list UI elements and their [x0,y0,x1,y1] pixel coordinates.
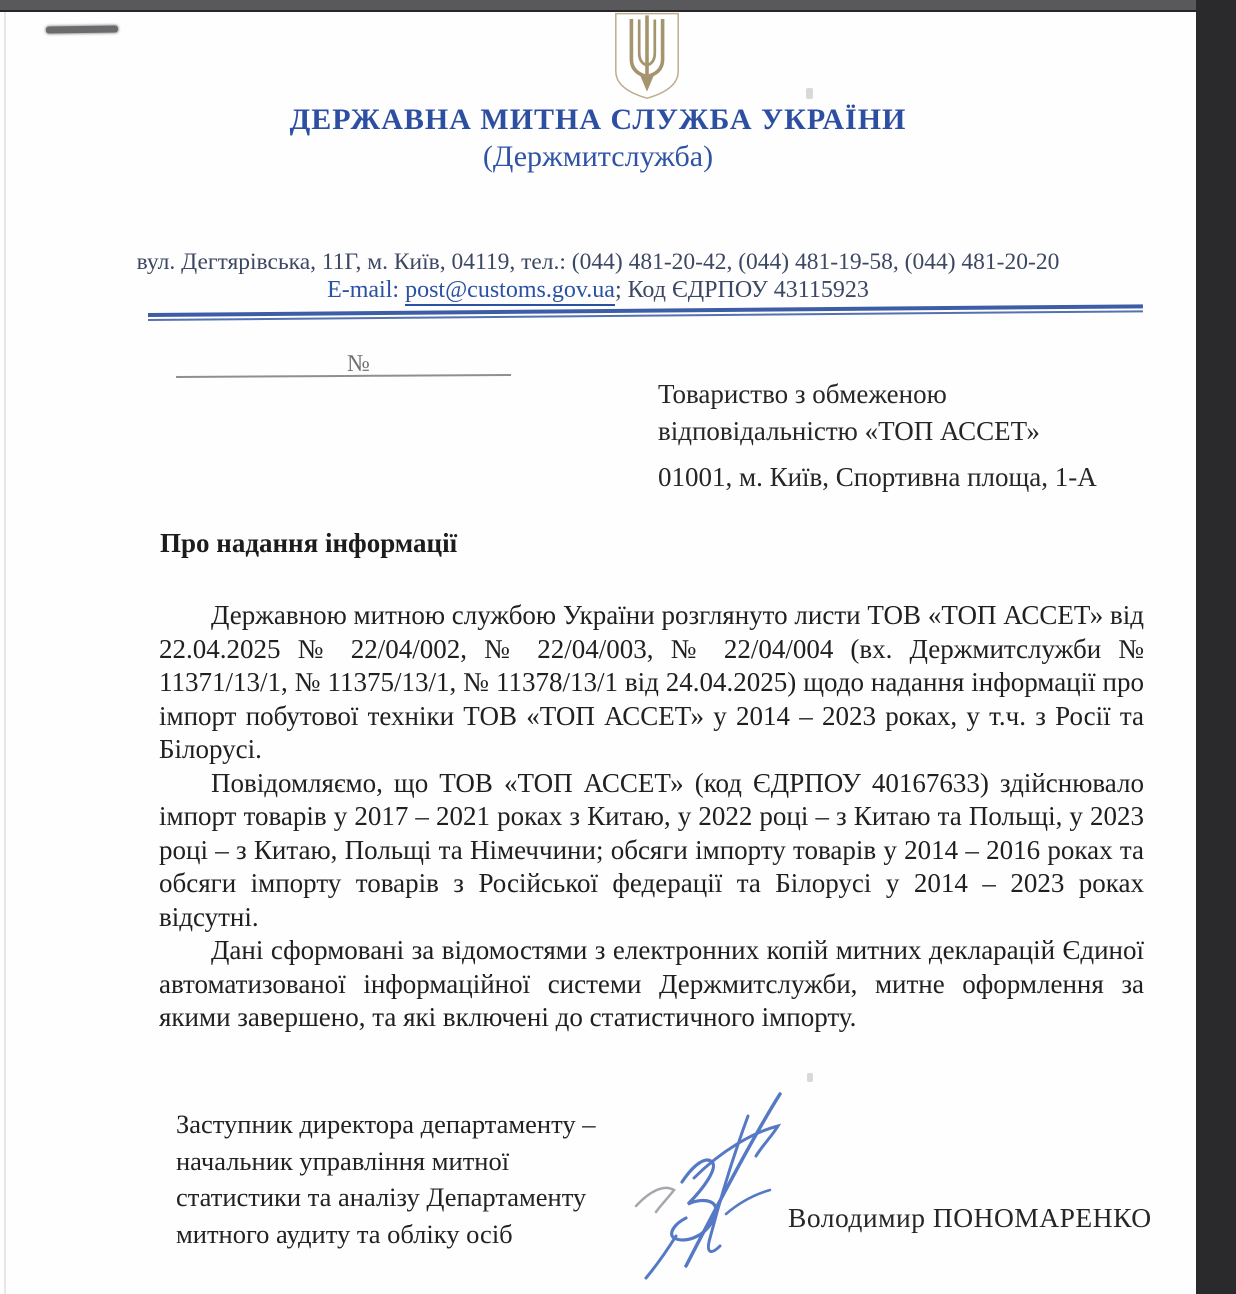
scan-speck-artifact [807,1073,813,1082]
scan-right-bar [1196,0,1236,1294]
body-paragraph: Повідомляємо, що ТОВ «ТОП АССЕТ» (код ЄД… [159,767,1144,935]
body-paragraph: Державною митною службою України розглян… [159,599,1144,767]
ukraine-trident-emblem-icon [610,10,684,100]
body-paragraph: Дані сформовані за відомостями з електро… [159,934,1144,1035]
letterhead-divider-rule [148,304,1143,321]
org-contact-line: E-mail: post@customs.gov.ua; Код ЄДРПОУ … [0,277,1196,304]
recipient-line: Товариство з обмеженою [658,376,1158,413]
date-blank-line [176,349,344,378]
signatory-position-line: начальник управління митної [176,1143,646,1180]
edrpou-code: ; Код ЄДРПОУ 43115923 [615,277,869,303]
email-label: E-mail: [327,277,399,303]
recipient-line: відповідальністю «ТОП АССЕТ» [658,413,1158,450]
number-blank-line [373,348,511,377]
signatory-position-line: Заступник директора департаменту – [176,1106,646,1143]
org-short-name: (Держмитслужба) [0,140,1196,174]
signatory-position: Заступник директора департаменту – начал… [176,1106,646,1252]
reference-line: № [176,348,511,378]
subject-line: Про надання інформації [160,528,457,559]
org-name: ДЕРЖАВНА МИТНА СЛУЖБА УКРАЇНИ [0,103,1196,137]
org-address-line: вул. Дегтярівська, 11Г, м. Київ, 04119, … [0,249,1196,276]
letter-body: Державною митною службою України розглян… [159,599,1144,1035]
scan-speck-artifact [806,88,813,99]
email-link: post@customs.gov.ua [405,277,615,306]
scan-smudge-artifact [46,25,118,33]
handwritten-signature-icon [630,1086,840,1286]
recipient-block: Товариство з обмеженою відповідальністю … [658,376,1158,496]
signatory-name: Володимир ПОНОМАРЕНКО [788,1202,1152,1234]
scanned-letter-page: ДЕРЖАВНА МИТНА СЛУЖБА УКРАЇНИ (Держмитсл… [0,0,1236,1294]
recipient-address: 01001, м. Київ, Спортивна площа, 1-А [658,459,1158,496]
number-sign: № [344,349,373,377]
signatory-position-line: статистики та аналізу Департаменту [176,1179,646,1216]
signatory-position-line: митного аудиту та обліку осіб [176,1216,646,1253]
scan-left-edge-line [4,12,6,1294]
